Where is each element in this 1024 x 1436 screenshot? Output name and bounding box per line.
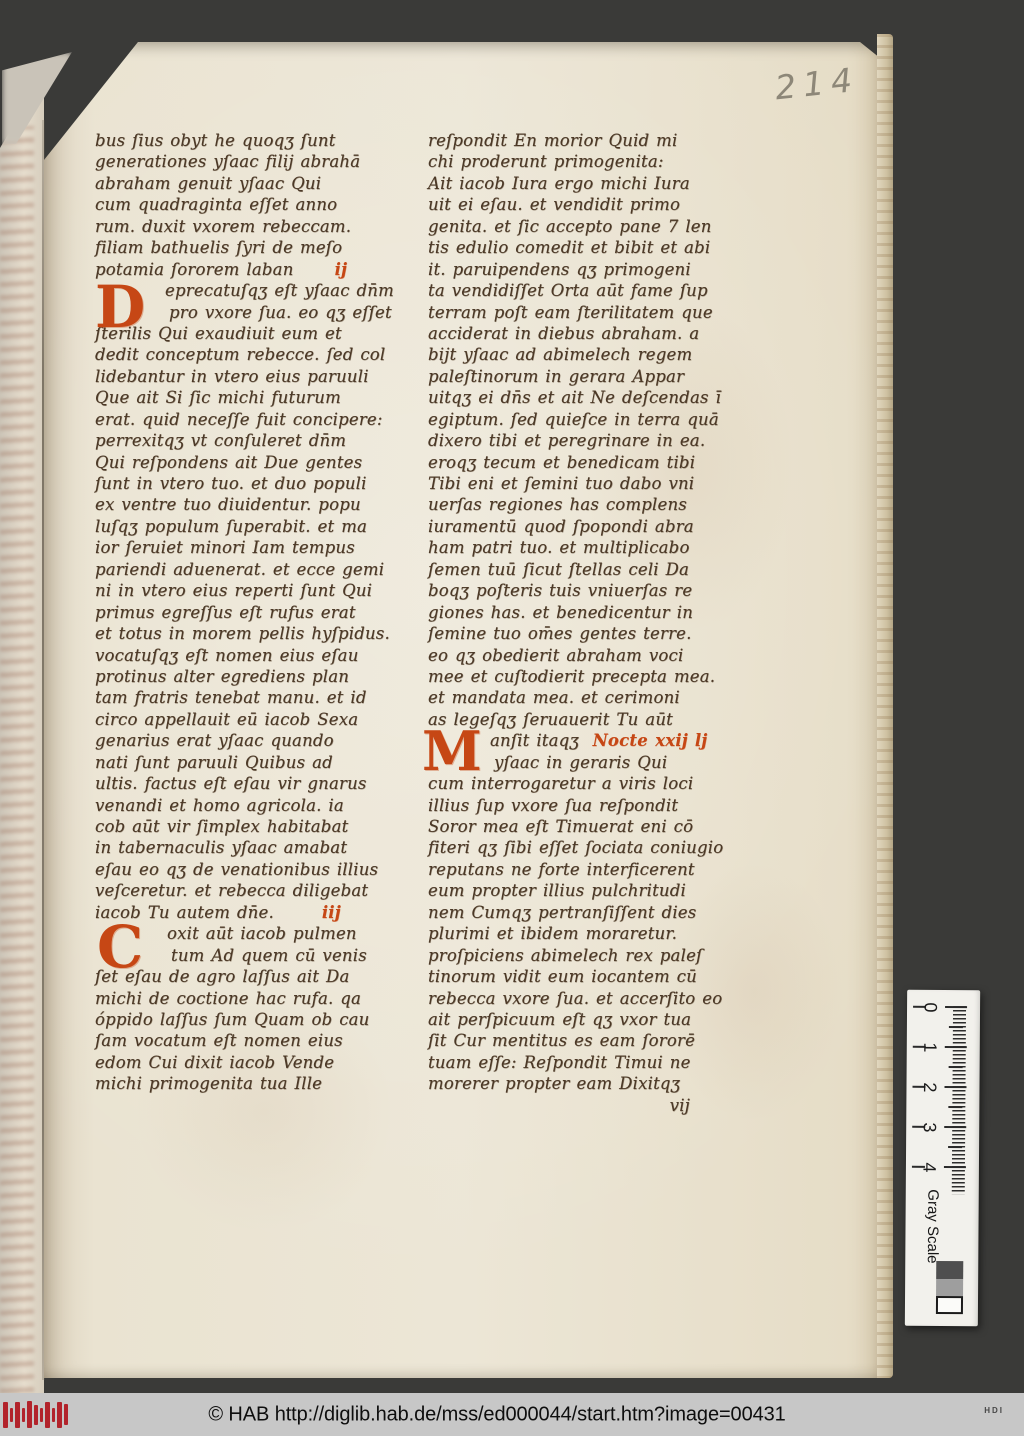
ink-text: paleſtinorum in gerara Appar (428, 367, 684, 386)
ink-text: bus ſius obyt he quoqʒ ſunt (95, 131, 336, 150)
barcode-bar (27, 1401, 32, 1428)
manuscript-line: vij (428, 1095, 754, 1116)
manuscript-line: michi primogenita tua Ille (95, 1073, 427, 1094)
ink-text: proſpiciens abimelech rex paleſ (428, 946, 702, 965)
ink-text: veſceretur. et rebecca diligebat (95, 881, 368, 900)
manuscript-line: boqʒ poſteris tuis vniuerſas re (428, 580, 754, 601)
ink-text: tis edulio comedit et bibit et abi (428, 238, 710, 257)
ink-text: lidebantur in vtero eius paruuli (95, 367, 369, 386)
manuscript-line: giones has. et benedicentur in (428, 602, 754, 623)
barcode-bar (3, 1402, 8, 1428)
barcode-bar (57, 1402, 62, 1428)
manuscript-line: plurimi et ibidem moraretur. (428, 923, 754, 944)
manuscript-line: morerer propter eam Dixitqʒ (428, 1073, 754, 1094)
ink-text: tam fratris tenebat manu. et id (95, 688, 367, 707)
manuscript-line: ait perſpicuum eſt qʒ vxor tua (428, 1009, 754, 1030)
ink-text: uitqʒ ei dn̄s et ait Ne deſcendas ī (428, 388, 721, 407)
ink-text: et totus in morem pellis hyſpidus. (95, 624, 390, 643)
manuscript-line: pariendi aduenerat. et ecce gemi (95, 559, 427, 580)
ink-text: iuramentū quod ſpopondi abra (428, 517, 694, 536)
ink-text: eſau eo qʒ de venationibus illius (95, 860, 378, 879)
ink-text: protinus alter egrediens plan (95, 667, 349, 686)
ruler-number: 1 (919, 1040, 940, 1054)
ink-text: generationes yſaac filij abrahā (95, 152, 360, 171)
ink-text: vocatuſqʒ eſt nomen eius eſau (95, 646, 359, 665)
ink-text: genita. et ſic accepto pane 7 len (428, 217, 712, 236)
ink-text: edom Cui dixit iacob Vende (95, 1053, 334, 1072)
ink-text: tuam eſſe: Reſpondit Timui ne (428, 1053, 691, 1072)
manuscript-line: dixero tibi et peregrinare in ea. (428, 430, 754, 451)
manuscript-line: iuramentū quod ſpopondi abra (428, 516, 754, 537)
ink-text: ultis. factus eſt eſau vir gnarus (95, 774, 367, 793)
ink-text: eroqʒ tecum et benedicam tibi (428, 453, 695, 472)
manuscript-line: Ait iacob Iura ergo michi Iura (428, 173, 754, 194)
ruler-number: 0 (920, 1000, 941, 1014)
manuscript-line: nati ſunt paruuli Quibus ad (95, 752, 427, 773)
manuscript-line: protinus alter egrediens plan (95, 666, 427, 687)
gray-scale-swatch-mid (936, 1278, 963, 1296)
ruler-tick-half (949, 1026, 963, 1028)
manuscript-line: filiam bathuelis ſyri de meſo (95, 237, 427, 258)
ink-text: Soror mea eſt Timuerat eni cō (428, 817, 693, 836)
text-column-right: reſpondit En morior Quid michi proderunt… (428, 130, 754, 1116)
manuscript-line: ſemen tuū ſicut ſtellas celi Da (428, 559, 754, 580)
copyright-text: © HAB http://diglib.hab.de/mss/ed000044/… (208, 1403, 785, 1426)
ink-text: reſpondit En morior Quid mi (428, 131, 678, 150)
barcode-bar (34, 1405, 38, 1425)
ink-text: oxit aūt iacob pulmen (167, 924, 357, 943)
ink-text: cob aūt vir ſimplex habitabat (95, 817, 348, 836)
ink-text: et mandata mea. et cerimoni (428, 688, 680, 707)
manuscript-line: rebecca vxore ſua. et accerſito eo (428, 988, 754, 1009)
ink-text: eprecatuſqʒ eſt yſaac dn̄m (165, 281, 394, 300)
ink-text: dixero tibi et peregrinare in ea. (428, 431, 705, 450)
ink-text: it. paruipendens qʒ primogeni (428, 260, 691, 279)
manuscript-line: reputans ne forte interficerent (428, 859, 754, 880)
manuscript-line: ſemine tuo om̄es gentes terre. (428, 623, 754, 644)
ruler-number: 3 (919, 1120, 940, 1134)
manuscript-line: tinorum vidit eum iocantem cū (428, 966, 754, 987)
ink-text: erat. quid neceſſe fuit concipere: (95, 410, 383, 429)
ink-text: michi de coctione hac rufa. qa (95, 989, 361, 1008)
ruler-number: 2 (919, 1080, 940, 1094)
manuscript-line: chi proderunt primogenita: (428, 151, 754, 172)
manuscript-line: paleſtinorum in gerara Appar (428, 366, 754, 387)
rubric-text: iij (322, 903, 341, 922)
ink-text: ſemen tuū ſicut ſtellas celi Da (428, 560, 689, 579)
ink-text: tinorum vidit eum iocantem cū (428, 967, 697, 986)
manuscript-line: uitqʒ ei dn̄s et ait Ne deſcendas ī (428, 387, 754, 408)
ruler-tick-half (949, 1066, 963, 1068)
gray-scale-swatch-white (936, 1296, 963, 1314)
ink-text: primus egreſſus eſt rufus erat (95, 603, 356, 622)
ink-text: acciderat in diebus abraham. a (428, 324, 699, 343)
ruler-tick-half (948, 1106, 962, 1108)
manuscript-line: ni in vtero eius reperti ſunt Qui (95, 580, 427, 601)
ink-text: tum Ad quem cū venis (171, 946, 367, 965)
ink-text: morerer propter eam Dixitqʒ (428, 1074, 680, 1093)
ruler-tick-major (945, 1006, 967, 1008)
ink-text: circo appellauit eū iacob Sexa (95, 710, 358, 729)
page-number-pencil: 214 (773, 60, 861, 108)
ink-text: yſaac in geraris Qui (494, 753, 667, 772)
color-registration-mark (3, 1396, 68, 1433)
manuscript-line: et totus in morem pellis hyſpidus. (95, 623, 427, 644)
manuscript-line: uit ei eſau. et vendidit primo (428, 194, 754, 215)
manuscript-line: eum propter illius pulchritudi (428, 880, 754, 901)
manuscript-line: bijt yſaac ad abimelech regem (428, 344, 754, 365)
manuscript-line: bus ſius obyt he quoqʒ ſunt (95, 130, 427, 151)
manuscript-line: egiptum. ſed quieſce in terra quā (428, 409, 754, 430)
manuscript-line: luſqʒ populum ſuperabit. et ma (95, 516, 427, 537)
manuscript-line: ſit Cur mentitus es eam ſororē (428, 1030, 754, 1051)
manuscript-line: vocatuſqʒ eſt nomen eius eſau (95, 645, 427, 666)
ink-text: giones has. et benedicentur in (428, 603, 693, 622)
manuscript-line: cum quadraginta eſſet anno (95, 194, 427, 215)
ink-text (688, 731, 695, 750)
manuscript-line: michi de coctione hac rufa. qa (95, 988, 427, 1009)
manuscript-line: genarius erat yſaac quando (95, 730, 427, 751)
ink-text: anſit itaqʒ (490, 731, 593, 750)
facing-page-edge (0, 48, 44, 1393)
ink-text: Qui reſpondens ait Due gentes (95, 453, 362, 472)
ink-text: illius ſup vxore ſua reſpondit (428, 796, 678, 815)
manuscript-line: eroqʒ tecum et benedicam tibi (428, 452, 754, 473)
manuscript-line: edom Cui dixit iacob Vende (95, 1052, 427, 1073)
manuscript-line: eo qʒ obedierit abraham voci (428, 645, 754, 666)
barcode-bar (22, 1408, 25, 1422)
manuscript-line: Qui reſpondens ait Due gentes (95, 452, 427, 473)
barcode-bar (10, 1408, 13, 1422)
ink-text: Ait iacob Iura ergo michi Iura (428, 174, 690, 193)
ink-text: dedit conceptum rebecce. ſed col (95, 345, 385, 364)
ink-text: rum. duxit vxorem rebeccam. (95, 217, 351, 236)
ink-text: terram poſt eam ſterilitatem que (428, 303, 713, 322)
manuscript-line: reſpondit En morior Quid mi (428, 130, 754, 151)
barcode-bar (52, 1408, 55, 1422)
ink-text: Que ait Si ſic michi futurum (95, 388, 341, 407)
manuscript-line: tam fratris tenebat manu. et id (95, 687, 427, 708)
illuminated-initial-m: M (422, 724, 482, 778)
barcode-bar (15, 1402, 20, 1428)
ink-text: egiptum. ſed quieſce in terra quā (428, 410, 719, 429)
ruler-major-ticks: 01234 (907, 990, 980, 991)
manuscript-line: erat. quid neceſſe fuit concipere: (95, 409, 427, 430)
barcode-bar (45, 1402, 50, 1428)
ink-text: reputans ne forte interficerent (428, 860, 695, 879)
manuscript-line: uerſas regiones has complens (428, 494, 754, 515)
scanner-logo: HDI (984, 1406, 1004, 1415)
ink-text: chi proderunt primogenita: (428, 152, 664, 171)
ink-text: ta vendidiſſet Orta aūt fame ſup (428, 281, 708, 300)
manuscript-line: eſau eo qʒ de venationibus illius (95, 859, 427, 880)
manuscript-line: perrexitqʒ vt conſuleret dn̄m (95, 430, 427, 451)
manuscript-line: ior ſeruiet minori Iam tempus (95, 537, 427, 558)
manuscript-page: 214 bus ſius obyt he quoqʒ ſuntgeneratio… (44, 42, 880, 1378)
manuscript-line: ſam vocatum eſt nomen eius (95, 1030, 427, 1051)
ink-text: boqʒ poſteris tuis vniuerſas re (428, 581, 692, 600)
footer-bar: © HAB http://diglib.hab.de/mss/ed000044/… (0, 1393, 1024, 1436)
rubric-text: Nocte xxij (593, 731, 688, 750)
manuscript-line: Soror mea eſt Timuerat eni cō (428, 816, 754, 837)
ink-text: ſam vocatum eſt nomen eius (95, 1031, 343, 1050)
ruler-tick-major (944, 1126, 966, 1128)
ink-text: ſit Cur mentitus es eam ſororē (428, 1031, 695, 1050)
manuscript-line: et mandata mea. et cerimoni (428, 687, 754, 708)
manuscript-line: ſet eſau de agro laſſus ait Da (95, 966, 427, 987)
manuscript-line: ultis. factus eſt eſau vir gnarus (95, 773, 427, 794)
ink-text: uerſas regiones has complens (428, 495, 687, 514)
manuscript-line: óppido laſſus ſum Quam ob cau (95, 1009, 427, 1030)
manuscript-line: terram poſt eam ſterilitatem que (428, 302, 754, 323)
page-edge-stack (877, 34, 893, 1378)
manuscript-line: tum Ad quem cū venis (95, 945, 427, 966)
manuscript-line: primus egreſſus eſt rufus erat (95, 602, 427, 623)
barcode-bar (40, 1408, 43, 1422)
manuscript-line: Que ait Si ſic michi futurum (95, 387, 427, 408)
manuscript-line: illius ſup vxore ſua reſpondit (428, 795, 754, 816)
ink-text: luſqʒ populum ſuperabit. et ma (95, 517, 367, 536)
manuscript-line: acciderat in diebus abraham. a (428, 323, 754, 344)
ruler-tick-major (945, 1046, 967, 1048)
manuscript-line: ſunt in vtero tuo. et duo populi (95, 473, 427, 494)
rubric-text: ij (335, 260, 348, 279)
manuscript-line: lidebantur in vtero eius paruuli (95, 366, 427, 387)
text-column-left: bus ſius obyt he quoqʒ ſuntgenerationes … (95, 130, 427, 1095)
manuscript-line: circo appellauit eū iacob Sexa (95, 709, 427, 730)
manuscript-line: proſpiciens abimelech rex paleſ (428, 945, 754, 966)
ink-text: bijt yſaac ad abimelech regem (428, 345, 692, 364)
manuscript-line: Tibi eni et ſemini tuo dabo vni (428, 473, 754, 494)
ink-text: abraham genuit yſaac Qui (95, 174, 321, 193)
ink-text: rebecca vxore ſua. et accerſito eo (428, 989, 722, 1008)
gray-scale-card: 01234 Gray Scale (905, 990, 980, 1327)
ruler-tick-major (944, 1166, 966, 1168)
ink-text: plurimi et ibidem moraretur. (428, 924, 677, 943)
ink-text: perrexitqʒ vt conſuleret dn̄m (95, 431, 346, 450)
ruler-number: 4 (918, 1160, 939, 1174)
manuscript-line: ham patri tuo. et multiplicabo (428, 537, 754, 558)
ink-text: cum quadraginta eſſet anno (95, 195, 337, 214)
ink-text: ait perſpicuum eſt qʒ vxor tua (428, 1010, 691, 1029)
ink-text: mee et cuſtodierit precepta mea. (428, 667, 715, 686)
manuscript-line: ex ventre tuo diuidentur. popu (95, 494, 427, 515)
ink-text: ſemine tuo om̄es gentes terre. (428, 624, 692, 643)
ink-text: eo qʒ obedierit abraham voci (428, 646, 683, 665)
manuscript-line: veſceretur. et rebecca diligebat (95, 880, 427, 901)
barcode-bar (64, 1404, 68, 1425)
manuscript-line: nem Cumqʒ pertranſiſſent dies (428, 902, 754, 923)
manuscript-line: venandi et homo agricola. ia (95, 795, 427, 816)
ink-text: pro vxore ſua. eo qʒ eſſet (169, 303, 392, 322)
manuscript-line: generationes yſaac filij abrahā (95, 151, 427, 172)
ink-text: vij (670, 1096, 690, 1115)
ink-text: Tibi eni et ſemini tuo dabo vni (428, 474, 694, 493)
manuscript-line: dedit conceptum rebecce. ſed col (95, 344, 427, 365)
gray-scale-swatch-dark (936, 1261, 963, 1279)
manuscript-line: abraham genuit yſaac Qui (95, 173, 427, 194)
manuscript-line: oxit aūt iacob pulmen (95, 923, 427, 944)
manuscript-line: tis edulio comedit et bibit et abi (428, 237, 754, 258)
manuscript-line: mee et cuſtodierit precepta mea. (428, 666, 754, 687)
manuscript-line: in tabernaculis yſaac amabat (95, 837, 427, 858)
ruler-tick-major (944, 1086, 966, 1088)
gray-scale-label-wrap: Gray Scale (905, 1188, 960, 1264)
ink-text: in tabernaculis yſaac amabat (95, 838, 347, 857)
ink-text: filiam bathuelis ſyri de meſo (95, 238, 342, 257)
rubric-text: lj (695, 731, 708, 750)
ink-text: ſunt in vtero tuo. et duo populi (95, 474, 367, 493)
manuscript-line: cob aūt vir ſimplex habitabat (95, 816, 427, 837)
ink-text: genarius erat yſaac quando (95, 731, 334, 750)
manuscript-line: rum. duxit vxorem rebeccam. (95, 216, 427, 237)
ink-text: ex ventre tuo diuidentur. popu (95, 495, 361, 514)
ink-text: pariendi aduenerat. et ecce gemi (95, 560, 384, 579)
manuscript-line: iacob Tu autem dn̄e. iij (95, 902, 427, 923)
manuscript-line: fiteri qʒ ſibi eſſet ſociata coniugio (428, 837, 754, 858)
ink-text: eum propter illius pulchritudi (428, 881, 686, 900)
ink-text: venandi et homo agricola. ia (95, 796, 344, 815)
manuscript-line: it. paruipendens qʒ primogeni (428, 259, 754, 280)
ink-text: fiteri qʒ ſibi eſſet ſociata coniugio (428, 838, 723, 857)
ink-text: michi primogenita tua Ille (95, 1074, 322, 1093)
illuminated-initial-d: D (95, 278, 145, 336)
facing-page-text-blur (0, 126, 34, 1393)
illuminated-initial-c: C (97, 918, 143, 976)
ink-text: ni in vtero eius reperti ſunt Qui (95, 581, 372, 600)
ruler-tick-half (948, 1146, 962, 1148)
manuscript-line: ta vendidiſſet Orta aūt fame ſup (428, 280, 754, 301)
ink-text: ham patri tuo. et multiplicabo (428, 538, 690, 557)
ink-text: ior ſeruiet minori Iam tempus (95, 538, 355, 557)
gray-scale-label: Gray Scale (924, 1189, 942, 1263)
gray-scale-swatches (936, 1261, 963, 1314)
manuscript-line: genita. et ſic accepto pane 7 len (428, 216, 754, 237)
ink-text: óppido laſſus ſum Quam ob cau (95, 1010, 370, 1029)
ink-text: nem Cumqʒ pertranſiſſent dies (428, 903, 696, 922)
ink-text: uit ei eſau. et vendidit primo (428, 195, 680, 214)
manuscript-line: tuam eſſe: Reſpondit Timui ne (428, 1052, 754, 1073)
scan-background: 214 bus ſius obyt he quoqʒ ſuntgeneratio… (0, 0, 1024, 1436)
ink-text: nati ſunt paruuli Quibus ad (95, 753, 333, 772)
